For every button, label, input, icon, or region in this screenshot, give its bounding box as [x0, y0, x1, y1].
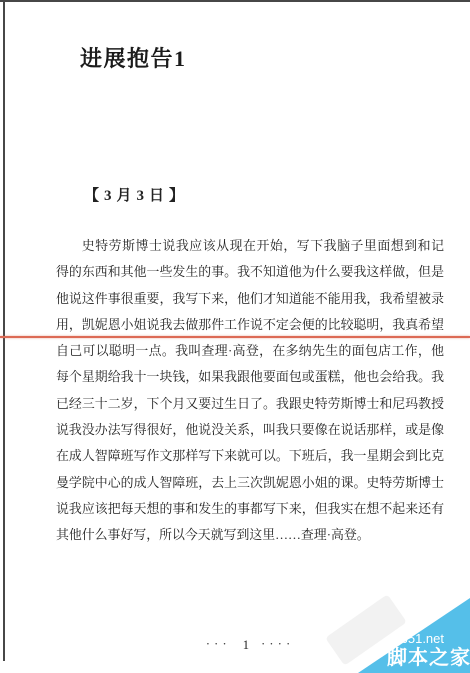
- date-heading: 【3月3日】: [84, 184, 189, 205]
- watermark-site-name: 脚本之家: [387, 641, 470, 670]
- body-line: 每个星期给我十一块钱，如果我跟他要面包或蛋糕，他也会给我。我: [56, 364, 444, 390]
- footer-dots-right: ····: [261, 636, 294, 651]
- footer-dots-left: ···: [206, 636, 231, 651]
- page-number-footer: ··· 1 ····: [56, 636, 444, 653]
- body-line: 用，凯妮恩小姐说我去做那件工作说不定会便的比较聪明，我真希望: [56, 312, 444, 338]
- body-line: 说我应该把每天想的事和发生的事都写下来，但我实在想不起来还有: [56, 496, 444, 522]
- reading-position-line: [0, 336, 470, 338]
- scan-edge-left: [3, 0, 5, 661]
- body-line: 史特劳斯博士说我应该从现在开始，写下我脑子里面想到和记: [56, 233, 444, 259]
- body-line: 自己可以聪明一点。我叫查理·高登，在多纳先生的面包店工作，他: [56, 338, 444, 364]
- body-paragraph: 史特劳斯博士说我应该从现在开始，写下我脑子里面想到和记 得的东西和其他一些发生的…: [56, 233, 444, 549]
- body-line: 得的东西和其他一些发生的事。我不知道他为什么要我这样做，但是: [56, 259, 444, 285]
- page-title: 进展抱告1: [80, 42, 187, 73]
- scan-edge-top: [0, 0, 470, 2]
- body-line: 其他什么事好写，所以今天就写到这里……查理·高登。: [56, 522, 444, 548]
- body-line: 已经三十二岁，下个月又要过生日了。我跟史特劳斯博士和尼玛教授: [56, 391, 444, 417]
- body-line: 说我没办法写得很好，他说没关系，叫我只要像在说话那样，或是像: [56, 417, 444, 443]
- page-number: 1: [243, 638, 249, 652]
- body-line: 曼学院中心的成人智障班，去上三次凯妮恩小姐的课。史特劳斯博士: [56, 470, 444, 496]
- body-line: 他说这件事很重要，我写下来，他们才知道能不能用我，我希望被录: [56, 286, 444, 312]
- body-line: 在成人智障班写作文那样写下来就可以。下班后，我一星期会到比克: [56, 443, 444, 469]
